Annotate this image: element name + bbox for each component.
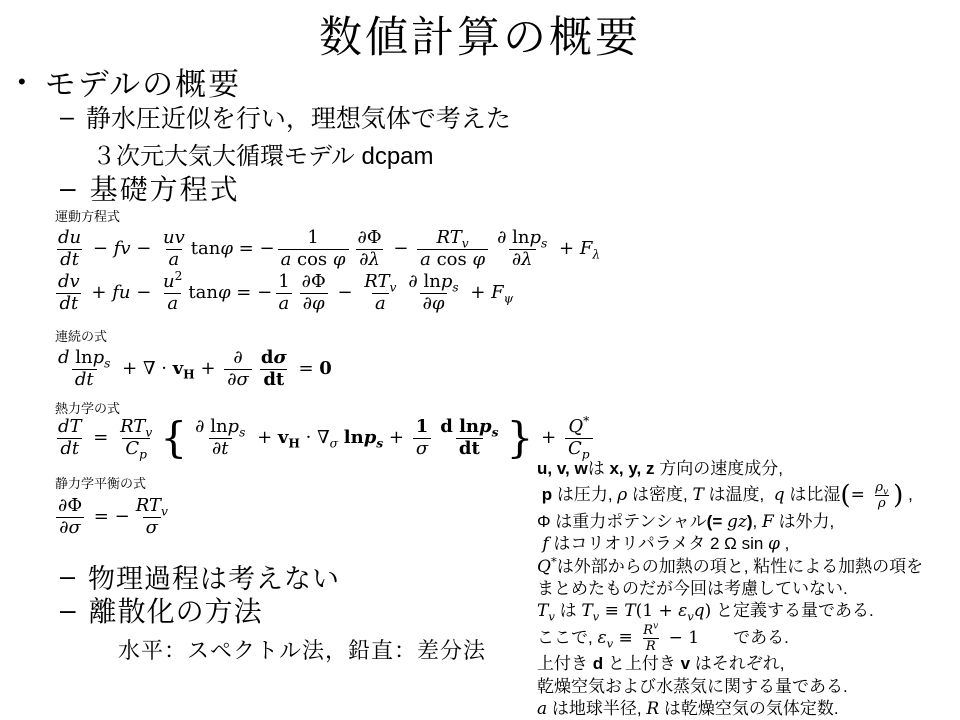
math-token: dt	[459, 438, 480, 459]
math-token: ∂	[233, 347, 242, 368]
math-token: ρ	[878, 496, 886, 511]
math-token: RT	[136, 495, 161, 516]
fraction: dσdt	[258, 348, 290, 390]
math-token: =	[88, 427, 115, 448]
fraction: ∂∂σ	[224, 348, 252, 390]
math-token: F	[491, 282, 504, 303]
discretization-note: 水平：スペクトル法，鉛直：差分法	[118, 634, 486, 665]
fraction: ∂Φ∂σ	[55, 496, 85, 538]
math-token: q	[694, 601, 705, 621]
fraction: ∂ lnps∂λ	[494, 228, 550, 270]
math-token: = −	[236, 282, 272, 303]
math-token: p	[441, 271, 453, 292]
math-token: σ	[416, 438, 428, 459]
math-token: ≡	[599, 601, 624, 621]
math-token: ln	[459, 416, 479, 437]
math-token: −	[388, 238, 415, 259]
equation-motion-u: dudt − fv − uvatanφ = −1a cos φ∂Φ∂λ − RT…	[52, 226, 600, 272]
math-token: + fu −	[86, 282, 157, 303]
math-token: は外部からの加熱の項と, 粘性による加熱の項を	[557, 557, 923, 576]
math-token: (=	[707, 512, 727, 531]
equation-motion-v: dvdt + fu − u2atanφ = −1a∂Φ∂φ − RTva∂ ln…	[52, 270, 513, 316]
sub-bullet-label: 離散化の方法	[89, 590, 263, 630]
math-token: ∂λ	[359, 249, 380, 270]
fraction: 1a	[275, 272, 292, 314]
math-token: a	[420, 249, 436, 270]
math-token: はそれぞれ,	[690, 654, 784, 673]
sub-bullet-dcpam-line: ３次元大気大循環モデル dcpam	[92, 136, 434, 171]
fraction: 1σ	[413, 417, 432, 459]
fraction: RvR	[640, 623, 661, 654]
math-token: φ	[220, 238, 238, 259]
math-token: =	[293, 358, 320, 379]
math-token: p	[479, 416, 492, 437]
math-token: は	[555, 601, 581, 620]
math-token: T	[537, 601, 548, 621]
math-token: ∂λ	[512, 249, 533, 270]
dash-icon: –	[60, 561, 76, 592]
fraction: ρvρ	[872, 480, 891, 511]
math-token: +	[116, 358, 143, 379]
fraction: RTva cos φ	[417, 228, 488, 270]
math-token: uv	[163, 227, 185, 248]
sub-bullet-hydrostatic: – 静水圧近似を行い，理想気体で考えた	[60, 99, 511, 135]
math-token: Φ は重力ポテンシャル	[537, 512, 707, 531]
math-token: ここで,	[537, 628, 597, 647]
math-token: ε	[597, 628, 606, 648]
fraction: uva	[160, 228, 188, 270]
math-token: p	[364, 427, 377, 448]
math-token: Φ	[367, 227, 382, 248]
math-token: T	[581, 601, 592, 621]
math-token: v	[161, 504, 168, 518]
fraction: ∂Φ∂λ	[355, 228, 385, 270]
math-token: − 1	[663, 628, 699, 648]
math-token: +	[553, 238, 580, 259]
math-token: ∂φ	[423, 293, 445, 314]
fraction: dvdt	[55, 272, 83, 314]
math-token: Q	[568, 416, 583, 437]
math-token: ln	[75, 347, 92, 368]
math-token: ε	[678, 601, 687, 621]
math-token: は圧力,	[552, 485, 617, 504]
math-token: ln	[512, 227, 529, 248]
eq-label-continuity: 連続の式	[55, 326, 107, 345]
sub-bullet-label: 静水圧近似を行い，理想気体で考えた	[86, 99, 511, 135]
math-token: R	[643, 623, 653, 638]
math-token: ∂φ	[303, 293, 325, 314]
math-token: u	[163, 271, 175, 292]
note-line: a は地球半径, R は乾燥空気の気体定数.	[537, 698, 960, 720]
math-token: tan	[188, 282, 218, 303]
note-line: u, v, wは x, y, z 方向の速度成分,	[537, 458, 960, 480]
math-token: Φ	[311, 271, 326, 292]
math-token: ∂	[408, 271, 423, 292]
math-token: p	[139, 447, 147, 461]
bullet-item-model-overview: • モデルの概要	[18, 59, 241, 104]
math-token: v	[653, 621, 658, 631]
math-token: ∂	[302, 271, 311, 292]
math-token: · ∇	[300, 427, 330, 448]
page-title: 数値計算の概要	[0, 4, 960, 65]
math-token: s	[541, 236, 547, 250]
math-token: ψ	[504, 292, 514, 306]
math-token: は比湿	[785, 485, 841, 504]
math-token: ρ	[617, 485, 627, 505]
math-token: cos	[437, 249, 473, 270]
bullet-icon: •	[18, 69, 28, 95]
math-token: RT	[364, 271, 389, 292]
math-token: q	[774, 485, 785, 505]
math-token: dt	[75, 369, 94, 390]
math-token: ,	[780, 534, 789, 553]
math-token: − fv −	[87, 238, 157, 259]
math-token: a	[169, 249, 180, 270]
math-token: 方向の速度成分,	[654, 459, 782, 478]
math-token: s	[492, 425, 499, 439]
math-token: はコリオリパラメタ	[549, 534, 710, 553]
fraction: ∂Φ∂φ	[299, 272, 329, 314]
math-token: Φ	[67, 495, 82, 516]
math-token: d	[440, 416, 459, 437]
math-token: ,	[753, 512, 762, 531]
math-token: Q	[537, 557, 551, 577]
math-token: R	[646, 639, 656, 654]
math-token: v	[390, 280, 397, 294]
note-line: Q*は外部からの加熱の項と, 粘性による加熱の項を	[537, 556, 960, 578]
math-token: ln	[423, 271, 440, 292]
math-token: は温度,	[704, 485, 774, 504]
math-token: a	[279, 293, 290, 314]
math-token: H	[183, 368, 195, 382]
math-token: p	[93, 347, 105, 368]
math-token: }	[507, 413, 534, 462]
math-token: ∂t	[212, 438, 229, 459]
math-token: =	[851, 485, 871, 505]
fraction: dTdt	[55, 417, 85, 459]
math-token: は地球半径,	[547, 699, 646, 718]
math-token: = −	[88, 506, 130, 527]
note-line: f はコリオリパラメタ 2 Ω sin φ ,	[537, 533, 960, 555]
dash-icon: –	[60, 594, 77, 626]
math-token: は密度,	[627, 485, 692, 504]
math-token: = −	[239, 238, 275, 259]
math-token: +	[465, 282, 492, 303]
math-token: a	[375, 293, 386, 314]
math-token: x, y, z	[609, 459, 654, 478]
math-token: 2	[175, 269, 183, 283]
note-line: 乾燥空気および水蒸気に関する量である.	[537, 676, 960, 698]
fraction: ∂ lnps∂φ	[405, 272, 461, 314]
math-token: ρ	[875, 480, 883, 495]
sub-bullet-label: ３次元大気大循環モデル dcpam	[92, 136, 434, 171]
math-token: 2 Ω sin	[710, 534, 768, 553]
math-token: u, v, w	[537, 459, 588, 478]
math-token: ∂	[195, 416, 210, 437]
math-token: C	[568, 438, 582, 459]
math-token: (1 +	[636, 601, 679, 621]
math-token: ∂σ	[59, 517, 81, 538]
equation-thermodynamic: dTdt = RTvCp{∂ lnps∂t + vH · ∇σ lnps + 1…	[52, 415, 596, 461]
eq-label-hydrostatic: 静力学平衡の式	[55, 473, 146, 492]
math-token: v	[278, 427, 288, 448]
note-line: Φ は重力ポテンシャル(= gz), F は外力,	[537, 511, 960, 533]
math-token: cos	[297, 249, 333, 270]
sub-bullet-basic-equations: – 基礎方程式	[60, 168, 240, 208]
fraction: Q*Cp	[565, 417, 593, 459]
math-token: p	[537, 485, 552, 504]
math-token: ∇ ·	[143, 358, 173, 379]
fraction: ∂ lnps∂t	[192, 417, 248, 459]
math-token: 0	[319, 358, 332, 379]
math-token: は	[588, 459, 610, 478]
math-token: ∂	[497, 227, 512, 248]
math-token: −	[332, 282, 359, 303]
math-token: f	[537, 534, 549, 554]
math-token: dt	[59, 293, 78, 314]
note-line: まとめたものだが今回は考慮していない.	[537, 578, 960, 600]
dash-icon: –	[60, 172, 78, 204]
fraction: u2a	[160, 272, 185, 314]
math-token: ∂	[58, 495, 67, 516]
math-token: である.	[699, 628, 789, 647]
math-token: F	[580, 238, 593, 259]
math-token: d	[593, 654, 603, 673]
math-token: gz	[727, 512, 747, 532]
fraction: RTvσ	[133, 496, 171, 538]
math-token: RT	[437, 227, 462, 248]
math-token: v	[681, 654, 690, 673]
math-token: d	[58, 347, 75, 368]
math-token: と定義する量である.	[711, 601, 873, 620]
math-token: v	[173, 358, 183, 379]
math-token: s	[104, 356, 110, 370]
math-token: ln	[210, 416, 227, 437]
math-token: ,	[903, 485, 912, 504]
math-token: a	[281, 249, 297, 270]
math-token: )	[893, 481, 903, 511]
note-line: 上付き d と上付き v はそれぞれ,	[537, 653, 960, 675]
equation-continuity: d lnpsdt + ∇ · vH + ∂∂σdσdt = 0	[52, 346, 332, 392]
math-token: σ	[273, 347, 286, 368]
variable-notes: u, v, wは x, y, z 方向の速度成分, p は圧力, ρ は密度, …	[537, 458, 960, 720]
math-token: φ	[333, 249, 346, 270]
math-token: s	[452, 280, 458, 294]
discretization-note-label: 水平：スペクトル法，鉛直：差分法	[118, 634, 486, 665]
math-token: +	[195, 358, 222, 379]
math-token: 乾燥空気および水蒸気に関する量である.	[537, 677, 848, 696]
fraction: d lnpsdt	[55, 348, 113, 390]
math-token: a	[167, 293, 178, 314]
math-token: C	[125, 438, 139, 459]
math-token: R	[646, 699, 659, 719]
math-token: *	[583, 414, 589, 428]
math-token: (	[840, 481, 850, 511]
math-token: まとめたものだが今回は考慮していない.	[537, 579, 848, 598]
dash-icon: –	[60, 103, 74, 132]
math-token: φ	[472, 249, 485, 270]
math-token: dT	[58, 416, 82, 437]
math-token: 1	[307, 227, 318, 248]
note-line: Tv は Tv ≡ T(1 + εvq) と定義する量である.	[537, 600, 960, 622]
math-token: 上付き	[537, 654, 593, 673]
math-token: 1	[278, 271, 289, 292]
fraction: dudt	[55, 228, 84, 270]
math-token: du	[58, 227, 81, 248]
math-token: φ	[768, 534, 780, 554]
math-token: ∂σ	[227, 369, 249, 390]
math-token: ∂	[358, 227, 367, 248]
math-token: dv	[58, 271, 80, 292]
math-token: T	[692, 485, 703, 505]
sub-bullet-discretization: – 離散化の方法	[60, 590, 263, 630]
math-token: dt	[263, 369, 284, 390]
bullet-label: モデルの概要	[45, 59, 241, 104]
math-token: p	[529, 227, 541, 248]
math-token: ln	[344, 427, 364, 448]
math-token: σ	[330, 437, 338, 451]
math-token: 1	[416, 416, 429, 437]
math-token: +	[535, 427, 562, 448]
math-token: p	[228, 416, 240, 437]
math-token: φ	[218, 282, 236, 303]
math-token: dt	[60, 438, 79, 459]
fraction: d lnpsdt	[437, 417, 501, 459]
math-token: は乾燥空気の気体定数.	[659, 699, 838, 718]
math-token: s	[239, 425, 245, 439]
math-token: a	[537, 699, 547, 719]
math-token: と上付き	[603, 654, 680, 673]
fraction: 1a cos φ	[278, 228, 349, 270]
eq-label-motion: 運動方程式	[55, 206, 120, 225]
math-token: {	[160, 413, 187, 462]
sub-bullet-label: 基礎方程式	[90, 168, 240, 208]
fraction: RTva	[361, 272, 399, 314]
math-token: d	[261, 347, 274, 368]
math-token: +	[383, 427, 410, 448]
math-token: RT	[120, 416, 145, 437]
math-token: +	[251, 427, 278, 448]
math-token: σ	[146, 517, 158, 538]
math-token: は外力,	[774, 512, 834, 531]
fraction: RTvCp	[117, 417, 155, 459]
note-line: ここで, εv ≡ RvR − 1 である.	[537, 623, 960, 654]
math-token: tan	[191, 238, 221, 259]
note-line: p は圧力, ρ は密度, T は温度, q は比湿(= ρvρ) ,	[537, 480, 960, 511]
math-token: dt	[60, 249, 79, 270]
math-token: λ	[592, 248, 600, 262]
math-token: H	[288, 437, 300, 451]
math-token: ≡	[613, 628, 638, 648]
math-token: T	[624, 601, 635, 621]
math-token: F	[762, 512, 774, 532]
equation-hydrostatic: ∂Φ∂σ = −RTvσ	[52, 494, 174, 540]
